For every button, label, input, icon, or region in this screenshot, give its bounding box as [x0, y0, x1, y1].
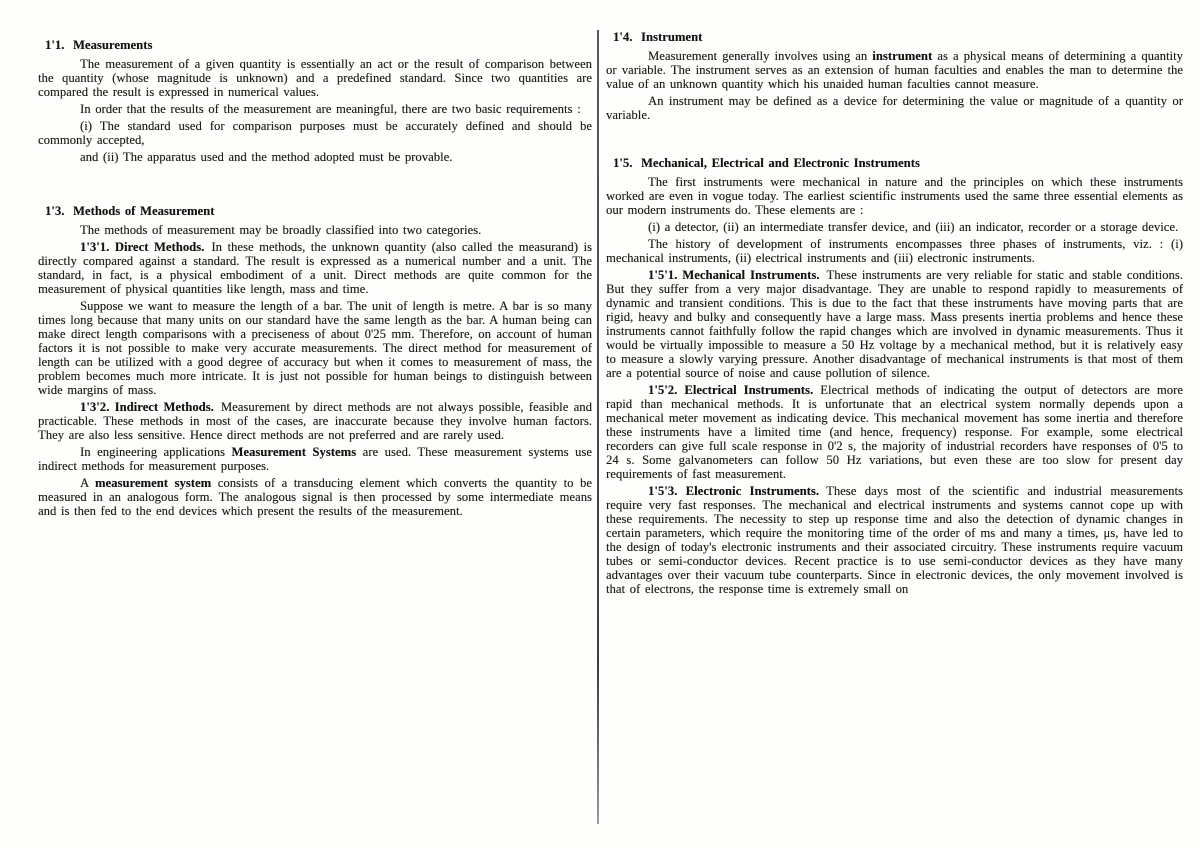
paragraph: In engineering applications Measurement … [38, 445, 592, 473]
paragraph-text: Measurement generally involves using an [648, 49, 872, 63]
section-heading-instrument: 1'4.Instrument [606, 30, 1183, 44]
paragraph-indirect-methods: 1'3'2. Indirect Methods.Measurement by d… [38, 400, 592, 442]
paragraph-text: In order that the results of the measure… [80, 102, 581, 116]
section-heading-methods-of-measurement: 1'3.Methods of Measurement [38, 204, 592, 218]
paragraph-electrical-instruments: 1'5'2. Electrical Instruments.Electrical… [606, 383, 1183, 481]
paragraph-text: The first instruments were mechanical in… [606, 175, 1183, 217]
section-title: Instrument [641, 30, 702, 44]
subsection-lead: 1'3'1. Direct Methods. [80, 240, 204, 254]
paragraph: The methods of measurement may be broadl… [38, 223, 592, 237]
paragraph: An instrument may be defined as a device… [606, 94, 1183, 122]
section-title: Methods of Measurement [73, 204, 214, 218]
paragraph-text: These instruments are very reliable for … [606, 268, 1183, 380]
paragraph: The measurement of a given quantity is e… [38, 57, 592, 99]
bold-term: Measurement Systems [231, 445, 356, 459]
section-number: 1'4. [613, 30, 641, 44]
paragraph-text: The methods of measurement may be broadl… [80, 223, 481, 237]
paragraph-direct-methods: 1'3'1. Direct Methods.In these methods, … [38, 240, 592, 296]
paragraph: (i) The standard used for comparison pur… [38, 119, 592, 147]
section-heading-measurements: 1'1.Measurements [38, 38, 592, 52]
paragraph-text: The measurement of a given quantity is e… [38, 57, 592, 99]
paragraph-mechanical-instruments: 1'5'1. Mechanical Instruments.These inst… [606, 268, 1183, 380]
paragraph: Suppose we want to measure the length of… [38, 299, 592, 397]
subsection-lead: 1'3'2. Indirect Methods. [80, 400, 214, 414]
paragraph: The first instruments were mechanical in… [606, 175, 1183, 217]
paragraph-text: Suppose we want to measure the length of… [38, 299, 592, 397]
section-title: Mechanical, Electrical and Electronic In… [641, 156, 920, 170]
paragraph: In order that the results of the measure… [38, 102, 592, 116]
paragraph-text: Electrical methods of indicating the out… [606, 383, 1183, 481]
bold-term: instrument [872, 49, 932, 63]
section-number: 1'1. [45, 38, 73, 52]
section-title: Measurements [73, 38, 152, 52]
section-heading-mech-elec-electronic: 1'5.Mechanical, Electrical and Electroni… [606, 156, 1183, 170]
paragraph-text: These days most of the scientific and in… [606, 484, 1183, 596]
scanned-book-page: 1'1.Measurements The measurement of a gi… [0, 0, 1200, 848]
paragraph: Measurement generally involves using an … [606, 49, 1183, 91]
column-right: 1'4.Instrument Measurement generally inv… [606, 30, 1183, 596]
section-number: 1'5. [613, 156, 641, 170]
paragraph-text: (i) The standard used for comparison pur… [38, 119, 592, 147]
subsection-lead: 1'5'3. Electronic Instruments. [648, 484, 819, 498]
paragraph-electronic-instruments: 1'5'3. Electronic Instruments.These days… [606, 484, 1183, 596]
paragraph-text: and (ii) The apparatus used and the meth… [80, 150, 453, 164]
subsection-lead: 1'5'1. Mechanical Instruments. [648, 268, 820, 282]
paragraph: The history of development of instrument… [606, 237, 1183, 265]
paragraph-text: The history of development of instrument… [606, 237, 1183, 265]
section-number: 1'3. [45, 204, 73, 218]
paragraph-text: (i) a detector, (ii) an intermediate tra… [648, 220, 1178, 234]
column-left: 1'1.Measurements The measurement of a gi… [38, 38, 592, 518]
paragraph-text: A [80, 476, 95, 490]
column-divider-rule [597, 30, 599, 824]
paragraph-text: In engineering applications [80, 445, 231, 459]
paragraph: and (ii) The apparatus used and the meth… [38, 150, 592, 164]
bold-term: measurement system [95, 476, 211, 490]
paragraph: A measurement system consists of a trans… [38, 476, 592, 518]
paragraph-text: An instrument may be defined as a device… [606, 94, 1183, 122]
paragraph: (i) a detector, (ii) an intermediate tra… [606, 220, 1183, 234]
subsection-lead: 1'5'2. Electrical Instruments. [648, 383, 813, 397]
